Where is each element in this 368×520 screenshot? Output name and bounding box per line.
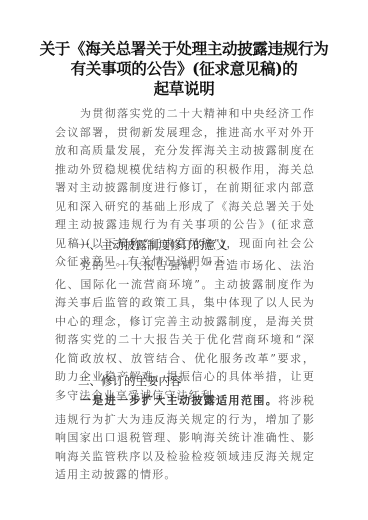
section-2-lead-sentence: 一是进一步扩大主动披露适用范围。 [80, 394, 278, 407]
section-heading-1: 一、主动披露制度修订的意义 [78, 237, 228, 253]
section-heading-2: 二、修订的主要内容 [78, 373, 182, 389]
document-page: 关于《海关总署关于处理主动披露违规行为 有关事项的公告》(征求意见稿)的 起草说… [0, 0, 368, 520]
document-title-line-1: 关于《海关总署关于处理主动披露违规行为 [0, 39, 368, 59]
document-title-line-3: 起草说明 [0, 79, 368, 99]
section-2-body: 将涉税违规行为扩大为违反海关规定的行为，增加了影响国家出口退税管理、影响海关统计… [55, 394, 315, 481]
document-title-line-2: 有关事项的公告》(征求意见稿)的 [0, 59, 368, 79]
section-2-paragraph: 一是进一步扩大主动披露适用范围。将涉税违规行为扩大为违反海关规定的行为，增加了影… [55, 392, 315, 485]
